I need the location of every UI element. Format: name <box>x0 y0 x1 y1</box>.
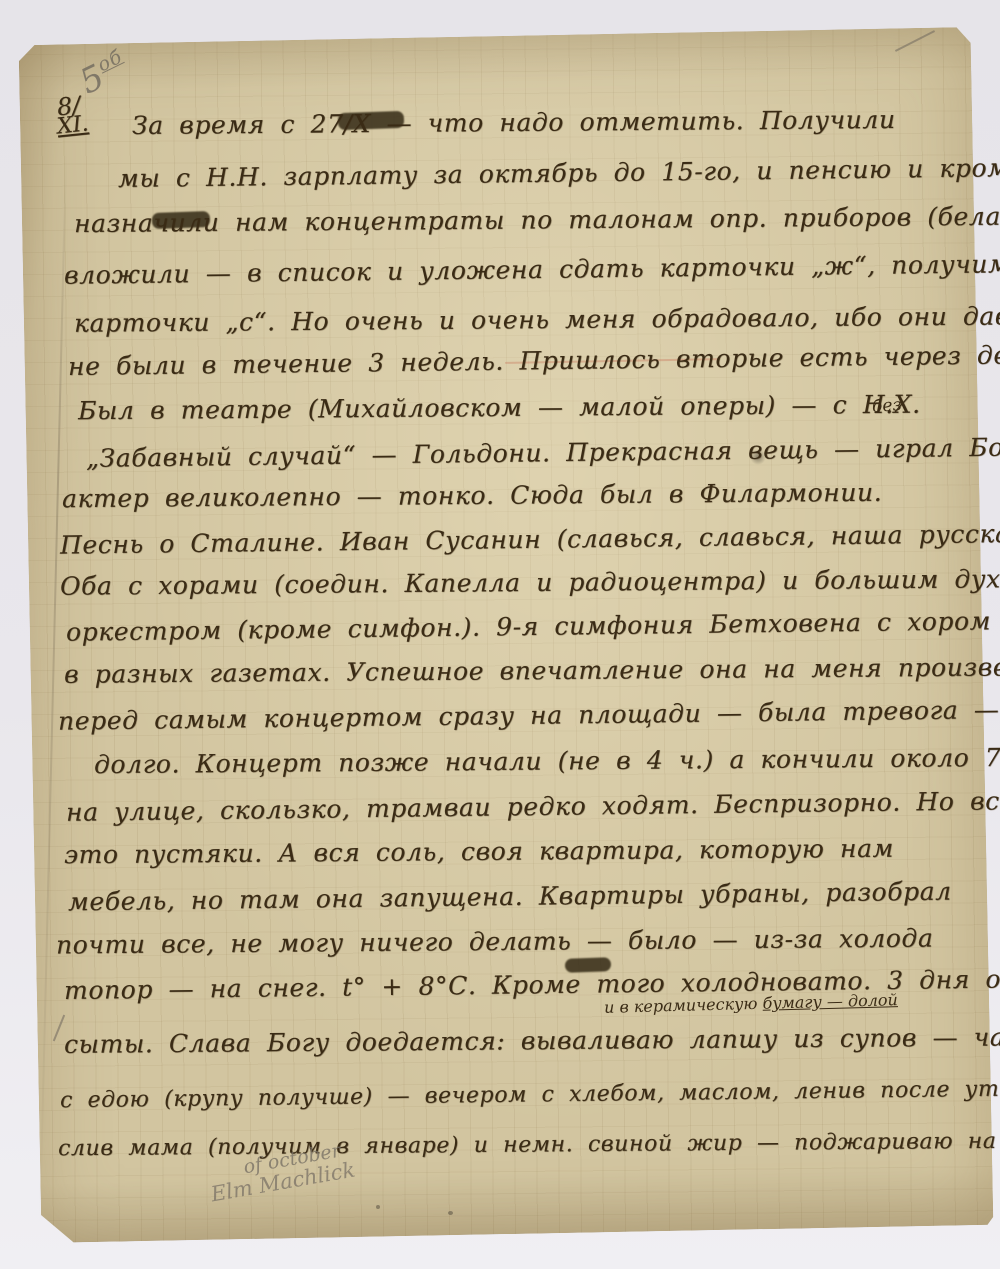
manuscript-line: слив мама (получим в январе) и немн. сви… <box>58 1126 1000 1165</box>
manuscript-line: За время с 27/X — что надо отметить. Пол… <box>132 105 896 141</box>
manuscript-line: долго. Концерт позже начали (не в 4 ч.) … <box>94 742 1000 780</box>
manuscript-line: карточки „с“. Но очень и очень меня обра… <box>74 301 1000 339</box>
manuscript-line: с едою (крупу получше) — вечером с хлебо… <box>60 1074 1000 1117</box>
manuscript-line: не были в течение 3 недель. Пришлось вто… <box>68 340 1000 382</box>
manuscript-line: сыты. Слава Богу доедается: вываливаю ла… <box>64 1022 1000 1060</box>
entry-date: 8/ XI. <box>54 94 89 137</box>
corner-pencil-mark <box>895 30 935 52</box>
manuscript-line: мы с Н.Н. зарплату за октябрь до 15-го, … <box>118 152 1000 194</box>
manuscript-line: вложили — в список и уложена сдать карто… <box>64 249 1000 291</box>
pencil-dot <box>448 1211 453 1215</box>
manuscript-line: перед самым концертом сразу на площади —… <box>58 693 1000 736</box>
scanned-document: 8/ XI. За время с 27/X — что надо отмети… <box>0 0 1000 1269</box>
manuscript-line: назначили нам концентраты по талонам опр… <box>74 201 1000 239</box>
ink-layer: 8/ XI. За время с 27/X — что надо отмети… <box>0 0 1000 1269</box>
manuscript-line: Был в театре (Михайловском — малой оперы… <box>78 390 921 427</box>
manuscript-line: оркестром (кроме симфон.). 9-я симфония … <box>66 606 991 647</box>
manuscript-line: Песнь о Сталине. Иван Сусанин (славься, … <box>60 517 1000 560</box>
manuscript-line: почти все, не могу ничего делать — было … <box>56 924 934 961</box>
manuscript-line: актер великолепно — тонко. Сюда был в Фи… <box>62 478 882 514</box>
interline-note-underlined: бумагу — долой <box>762 990 898 1013</box>
manuscript-line: „Забавный случай“ — Гольдони. Прекрасная… <box>86 432 1000 474</box>
manuscript-line: на улице, скользко, трамваи редко ходят.… <box>66 786 1000 828</box>
manuscript-line: мебель, но там она запущена. Квартиры уб… <box>68 877 952 918</box>
interline-note-plain: и в керамическую <box>604 994 763 1017</box>
entry-date-month: XI. <box>56 114 89 137</box>
interline-word: без <box>871 395 902 417</box>
manuscript-line: это пустяки. А вся соль, своя квартира, … <box>64 834 894 871</box>
manuscript-line: в разных газетах. Успешное впечатление о… <box>64 652 1000 690</box>
manuscript-line: Оба с хорами (соедин. Капелла и радиоцен… <box>60 564 1000 601</box>
pencil-dot <box>376 1205 380 1209</box>
paper-crease <box>39 150 67 1225</box>
